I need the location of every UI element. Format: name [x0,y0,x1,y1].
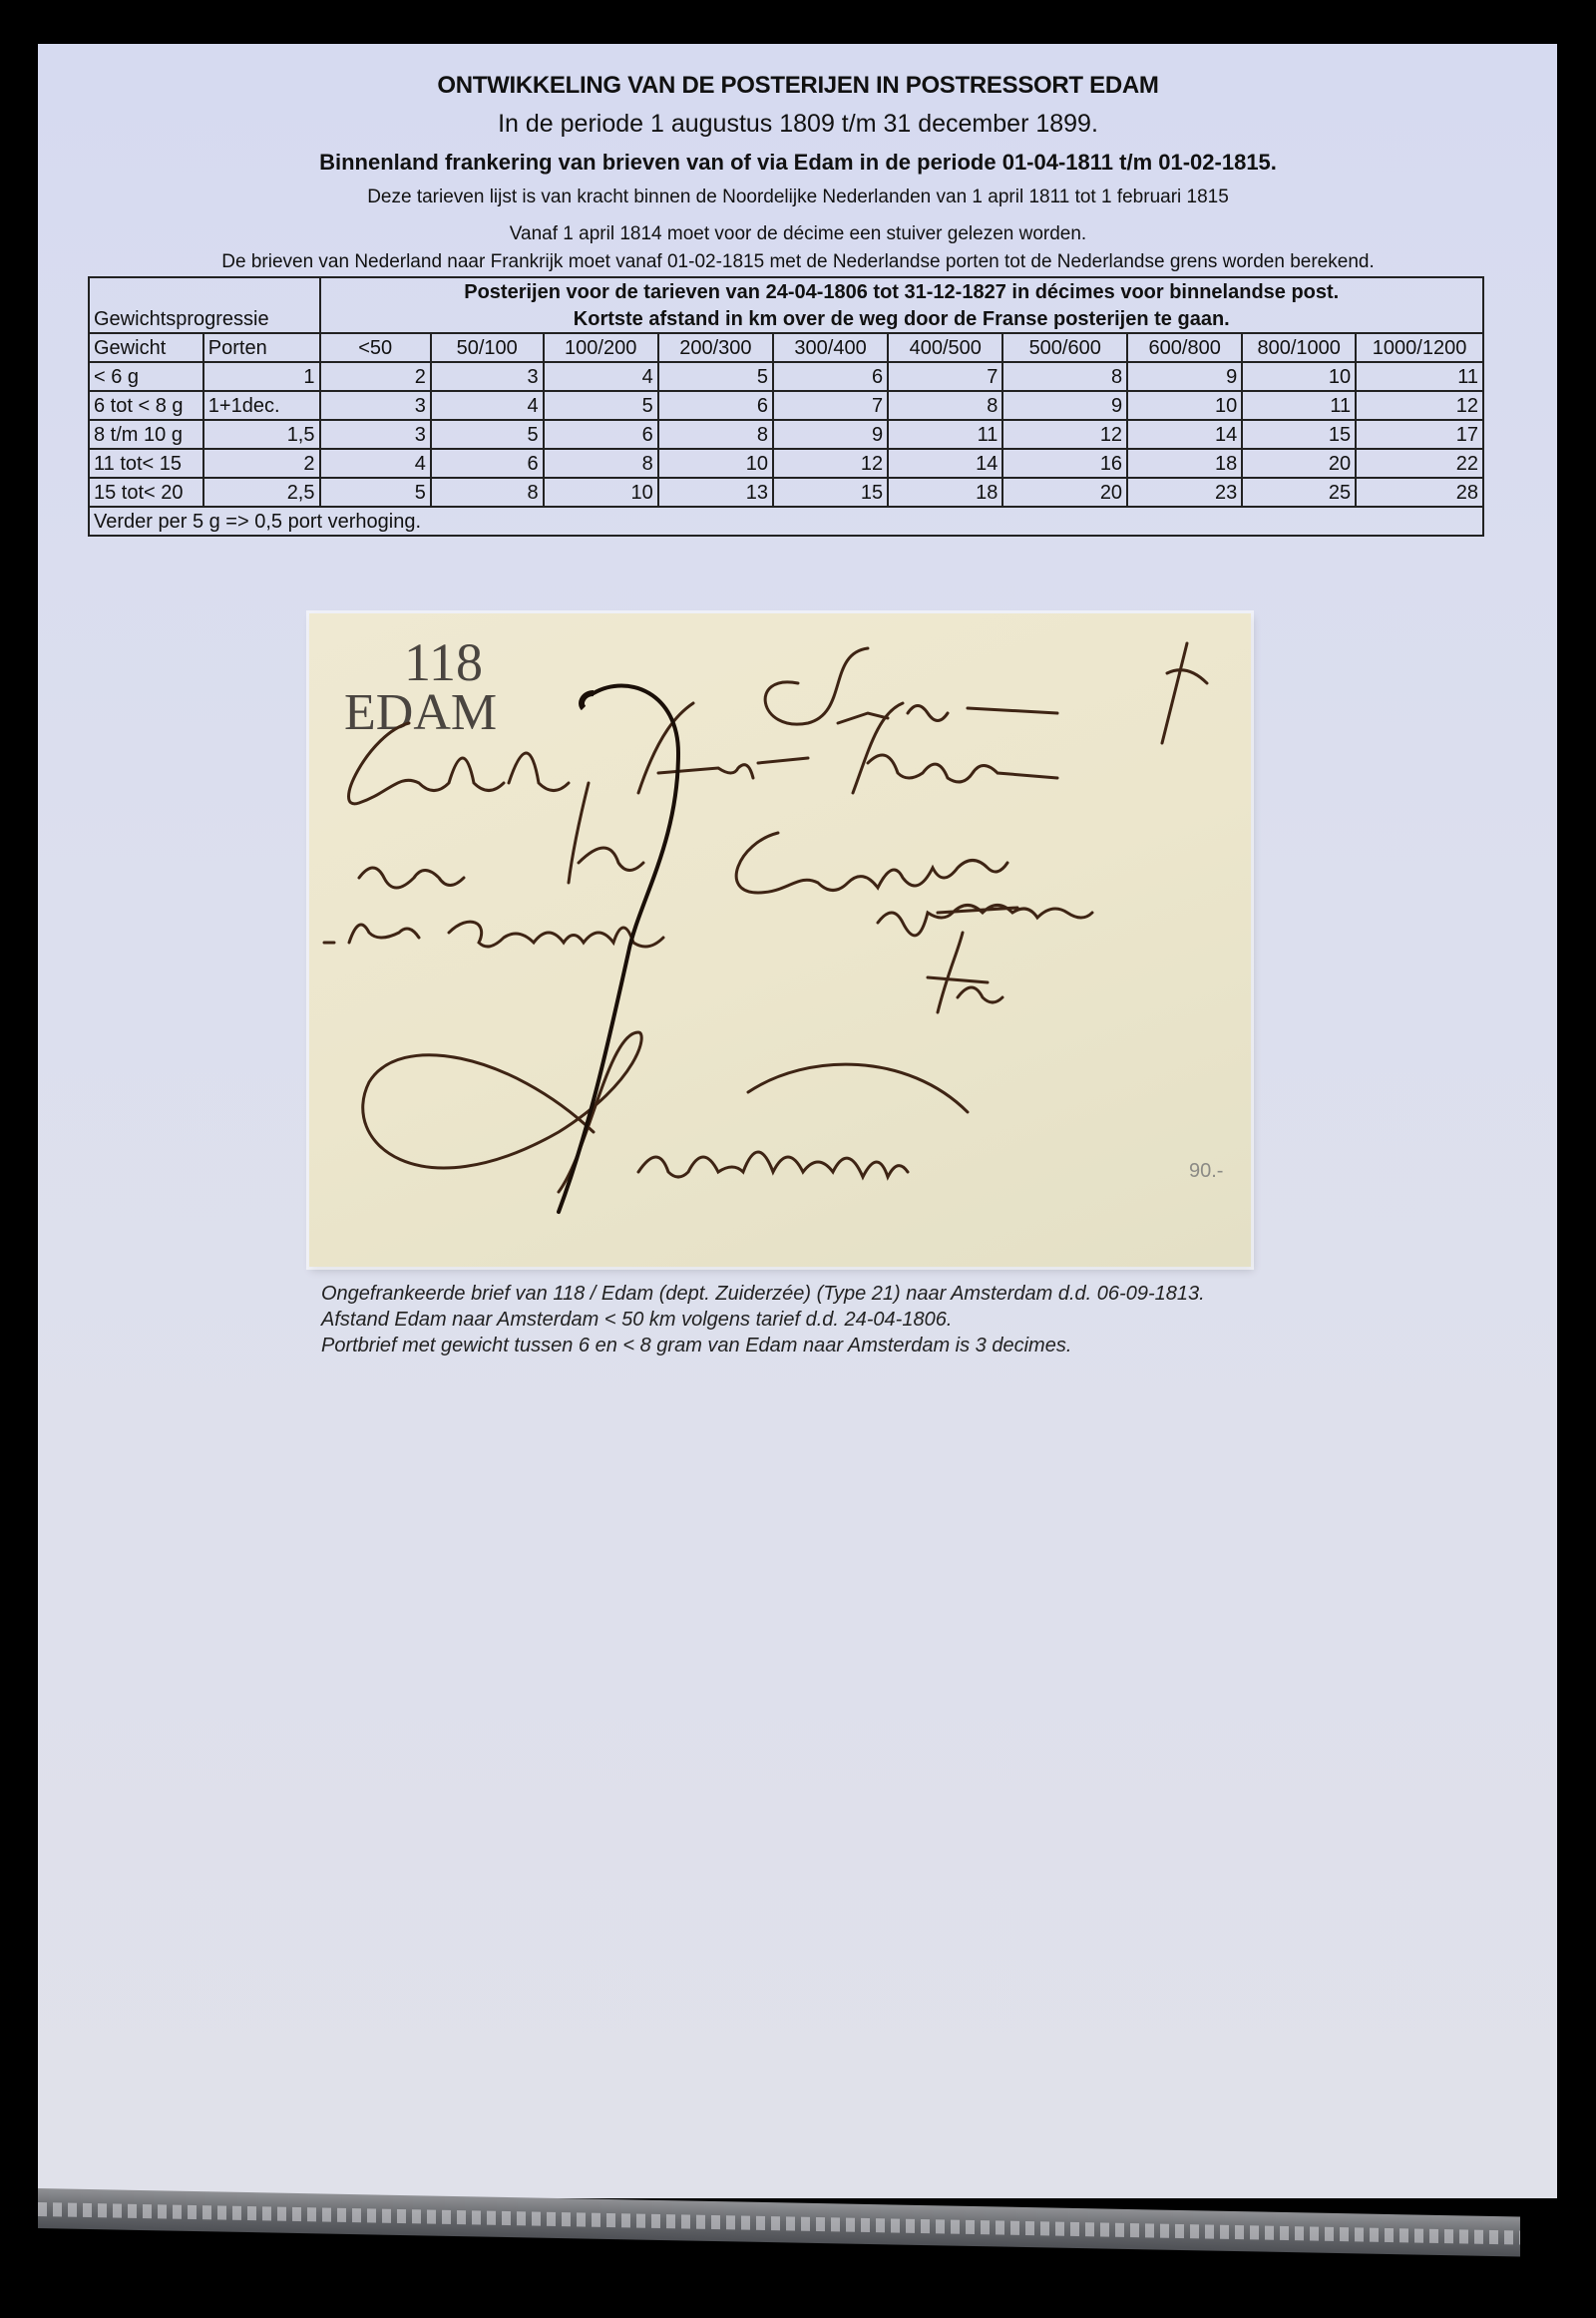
letter-cover: 118 EDAM 90.- [309,613,1251,1267]
rate-cell: 18 [1127,449,1242,478]
rate-cell: 14 [888,449,1002,478]
rate-cell: 12 [773,449,888,478]
weight-cell: < 6 g [89,362,203,391]
caption-line-1: Ongefrankeerde brief van 118 / Edam (dep… [321,1283,1205,1306]
rate-cell: 7 [773,391,888,420]
rate-cell: 11 [1242,391,1356,420]
page-title: ONTWIKKELING VAN DE POSTERIJEN IN POSTRE… [0,72,1596,100]
rate-cell: 8 [431,478,544,507]
table-row: 15 tot< 202,5581013151820232528 [89,478,1483,507]
rate-cell: 13 [658,478,773,507]
rate-cell: 10 [1242,362,1356,391]
rate-cell: 12 [1356,391,1483,420]
rate-cell: 10 [658,449,773,478]
table-title-1: Posterijen voor de tarieven van 24-04-18… [320,277,1484,305]
rate-table: Posterijen voor de tarieven van 24-04-18… [88,276,1484,537]
col-header-distance: 50/100 [431,333,544,362]
caption-line-2: Afstand Edam naar Amsterdam < 50 km volg… [321,1309,952,1332]
table-row: 8 t/m 10 g1,5356891112141517 [89,420,1483,449]
rate-cell: 14 [1127,420,1242,449]
weight-cell: 8 t/m 10 g [89,420,203,449]
rate-cell: 6 [431,449,544,478]
porten-cell: 1+1dec. [203,391,320,420]
rate-cell: 15 [773,478,888,507]
rate-cell: 7 [888,362,1002,391]
rate-cell: 4 [431,391,544,420]
caption-line-3: Portbrief met gewicht tussen 6 en < 8 gr… [321,1335,1071,1357]
weight-cell: 11 tot< 15 [89,449,203,478]
porten-cell: 2 [203,449,320,478]
rate-cell: 23 [1127,478,1242,507]
weight-cell: 6 tot < 8 g [89,391,203,420]
table-row: 11 tot< 15246810121416182022 [89,449,1483,478]
col-header-distance: 600/800 [1127,333,1242,362]
rate-cell: 16 [1002,449,1127,478]
rate-cell: 8 [544,449,658,478]
period-line: In de periode 1 augustus 1809 t/m 31 dec… [0,110,1596,139]
binder-holes [38,2202,1520,2245]
rate-cell: 9 [1127,362,1242,391]
group-header-empty [89,277,320,305]
col-header-distance: 100/200 [544,333,658,362]
rate-cell: 12 [1002,420,1127,449]
note-france: De brieven van Nederland naar Frankrijk … [0,251,1596,273]
rate-cell: 11 [888,420,1002,449]
table-row: < 6 g1234567891011 [89,362,1483,391]
rate-cell: 8 [888,391,1002,420]
col-header-distance: 500/600 [1002,333,1127,362]
col-header-distance: 400/500 [888,333,1002,362]
rate-cell: 3 [320,420,431,449]
table-title-2: Kortste afstand in km over de weg door d… [320,305,1484,333]
rate-cell: 25 [1242,478,1356,507]
binder-edge [38,2188,1520,2257]
weight-cell: 15 tot< 20 [89,478,203,507]
rate-cell: 15 [1242,420,1356,449]
rate-cell: 6 [773,362,888,391]
table-row: 6 tot < 8 g1+1dec.3456789101112 [89,391,1483,420]
rate-cell: 6 [544,420,658,449]
rate-cell: 10 [1127,391,1242,420]
rate-cell: 10 [544,478,658,507]
col-header-weight: Gewicht [89,333,203,362]
rate-cell: 6 [658,391,773,420]
rate-cell: 2 [320,362,431,391]
rate-cell: 3 [320,391,431,420]
rate-cell: 5 [658,362,773,391]
rate-cell: 8 [1002,362,1127,391]
col-header-distance: 300/400 [773,333,888,362]
rate-cell: 3 [431,362,544,391]
rate-cell: 9 [1002,391,1127,420]
rate-cell: 4 [544,362,658,391]
note-stuiver: Vanaf 1 april 1814 moet voor de décime e… [0,223,1596,245]
rate-cell: 9 [773,420,888,449]
rate-cell: 28 [1356,478,1483,507]
rate-cell: 8 [658,420,773,449]
rate-cell: 20 [1242,449,1356,478]
col-header-distance: 1000/1200 [1356,333,1483,362]
rate-cell: 20 [1002,478,1127,507]
subtitle: Binnenland frankering van brieven van of… [0,150,1596,176]
porten-cell: 2,5 [203,478,320,507]
porten-cell: 1,5 [203,420,320,449]
handwriting-address [309,613,1251,1267]
rate-cell: 22 [1356,449,1483,478]
table-footer: Verder per 5 g => 0,5 port verhoging. [89,507,1483,536]
rate-cell: 4 [320,449,431,478]
col-header-porten: Porten [203,333,320,362]
note-validity: Deze tarieven lijst is van kracht binnen… [0,187,1596,208]
pencil-price-note: 90.- [1189,1160,1223,1183]
rate-cell: 5 [320,478,431,507]
rate-cell: 17 [1356,420,1483,449]
col-header-distance: <50 [320,333,431,362]
rate-cell: 11 [1356,362,1483,391]
col-header-distance: 800/1000 [1242,333,1356,362]
rate-cell: 5 [544,391,658,420]
rate-cell: 18 [888,478,1002,507]
rate-cell: 5 [431,420,544,449]
col-header-distance: 200/300 [658,333,773,362]
porten-cell: 1 [203,362,320,391]
group-header: Gewichtsprogressie [89,305,320,333]
